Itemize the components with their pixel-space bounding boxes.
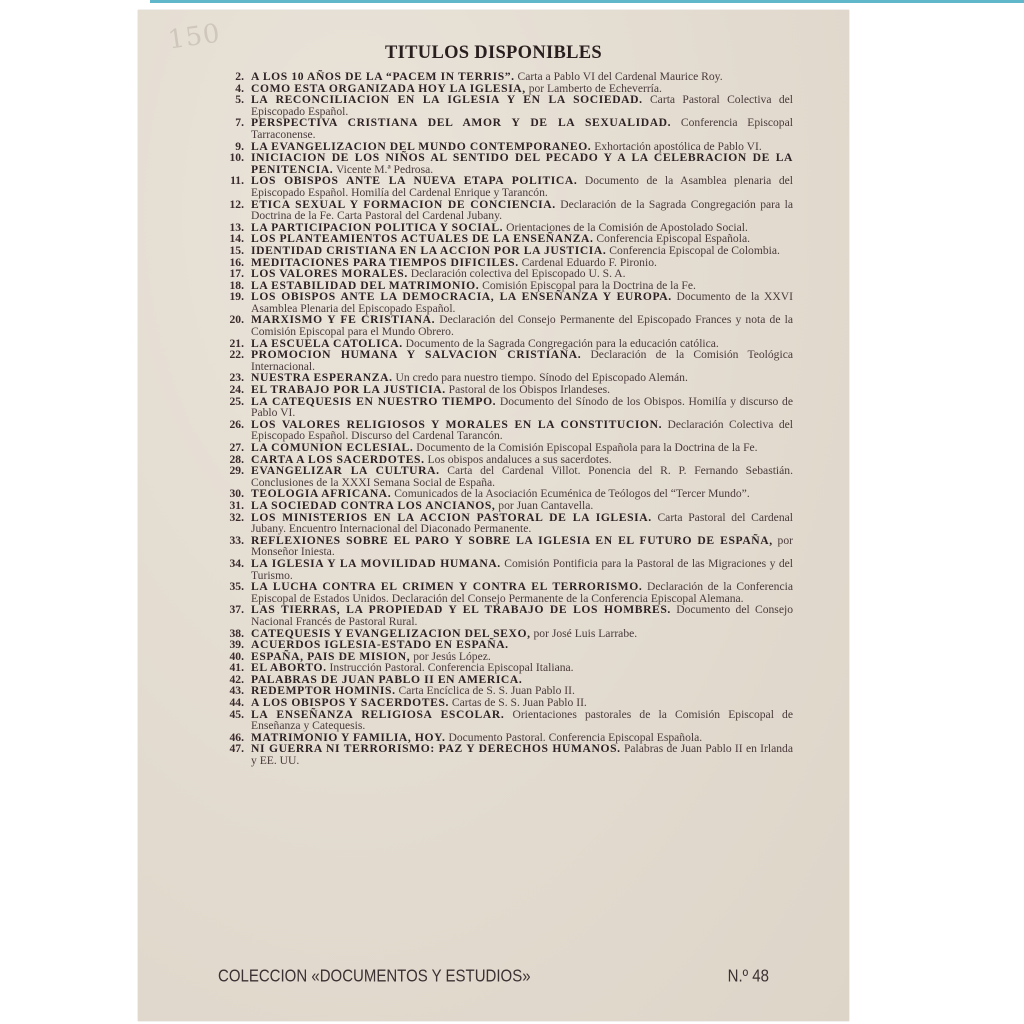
list-item: 34.LA IGLESIA Y LA MOVILIDAD HUMANA. Com… [216, 558, 793, 581]
item-text: LAS TIERRAS, LA PROPIEDAD Y EL TRABAJO D… [251, 604, 793, 627]
list-item: 26.LOS VALORES RELIGIOSOS Y MORALES EN L… [216, 419, 793, 442]
item-number: 29. [216, 465, 251, 477]
item-number: 20. [216, 314, 251, 326]
list-item: 32.LOS MINISTERIOS EN LA ACCION PASTORAL… [216, 512, 793, 535]
item-number: 26. [216, 419, 251, 431]
list-item: 37.LAS TIERRAS, LA PROPIEDAD Y EL TRABAJ… [216, 604, 793, 627]
item-number: 7. [216, 117, 251, 129]
list-item: 19.LOS OBISPOS ANTE LA DEMOCRACIA, LA EN… [216, 291, 793, 314]
titles-list: 2.A LOS 10 AÑOS DE LA “PACEM IN TERRIS”.… [216, 71, 793, 767]
item-number: 11. [216, 175, 251, 187]
list-item: 20.MARXISMO Y FE CRISTIANA. Declaración … [216, 314, 793, 337]
item-text: LOS OBISPOS ANTE LA NUEVA ETAPA POLITICA… [251, 175, 793, 198]
list-item: 22.PROMOCION HUMANA Y SALVACION CRISTIAN… [216, 349, 793, 372]
document-page: 150 TITULOS DISPONIBLES 2.A LOS 10 AÑOS … [138, 10, 849, 1021]
list-item: 5.LA RECONCILIACION EN LA IGLESIA Y EN L… [216, 94, 793, 117]
item-number: 12. [216, 199, 251, 211]
item-number: 17. [216, 268, 251, 280]
item-number: 35. [216, 581, 251, 593]
list-item: 29.EVANGELIZAR LA CULTURA. Carta del Car… [216, 465, 793, 488]
item-text: LA IGLESIA Y LA MOVILIDAD HUMANA. Comisi… [251, 558, 793, 581]
item-text: REFLEXIONES SOBRE EL PARO Y SOBRE LA IGL… [251, 535, 793, 558]
item-description: por José Luis Larrabe. [534, 627, 638, 640]
list-item: 11.LOS OBISPOS ANTE LA NUEVA ETAPA POLIT… [216, 175, 793, 198]
item-heading: INICIACION DE LOS NIÑOS AL SENTIDO DEL P… [251, 151, 793, 176]
item-number: 33. [216, 535, 251, 547]
footer: COLECCION «DOCUMENTOS Y ESTUDIOS» N.º 48 [218, 967, 769, 987]
item-text: PROMOCION HUMANA Y SALVACION CRISTIANA. … [251, 349, 793, 372]
list-item: 10.INICIACION DE LOS NIÑOS AL SENTIDO DE… [216, 152, 793, 175]
item-text: LA LUCHA CONTRA EL CRIMEN Y CONTRA EL TE… [251, 581, 793, 604]
item-number: 5. [216, 94, 251, 106]
item-text: EVANGELIZAR LA CULTURA. Carta del Carden… [251, 465, 793, 488]
item-number: 45. [216, 709, 251, 721]
list-item: 7.PERSPECTIVA CRISTIANA DEL AMOR Y DE LA… [216, 117, 793, 140]
item-text: NI GUERRA NI TERRORISMO: PAZ Y DERECHOS … [251, 743, 793, 766]
item-number: 22. [216, 349, 251, 361]
item-number: 19. [216, 291, 251, 303]
list-item: 33.REFLEXIONES SOBRE EL PARO Y SOBRE LA … [216, 535, 793, 558]
item-number: 4. [216, 83, 251, 95]
list-item: 35.LA LUCHA CONTRA EL CRIMEN Y CONTRA EL… [216, 581, 793, 604]
item-number: 27. [216, 442, 251, 454]
list-item: 25.LA CATEQUESIS EN NUESTRO TIEMPO. Docu… [216, 396, 793, 419]
item-text: MARXISMO Y FE CRISTIANA. Declaración del… [251, 314, 793, 337]
page-title: TITULOS DISPONIBLES [138, 43, 849, 64]
item-text: LOS VALORES RELIGIOSOS Y MORALES EN LA C… [251, 419, 793, 442]
list-item: 12.ETICA SEXUAL Y FORMACION DE CONCIENCI… [216, 199, 793, 222]
item-number: 37. [216, 604, 251, 616]
item-text: INICIACION DE LOS NIÑOS AL SENTIDO DEL P… [251, 152, 793, 175]
item-number: 44. [216, 697, 251, 709]
item-heading: NI GUERRA NI TERRORISMO: PAZ Y DERECHOS … [251, 742, 621, 755]
list-item: 45.LA ENSEÑANZA RELIGIOSA ESCOLAR. Orien… [216, 709, 793, 732]
item-number: 32. [216, 512, 251, 524]
item-text: LOS MINISTERIOS EN LA ACCION PASTORAL DE… [251, 512, 793, 535]
item-number: 15. [216, 245, 251, 257]
item-number: 10. [216, 152, 251, 164]
item-number: 39. [216, 639, 251, 651]
item-number: 34. [216, 558, 251, 570]
blue-edge-strip [150, 0, 1024, 3]
item-text: LA CATEQUESIS EN NUESTRO TIEMPO. Documen… [251, 396, 793, 419]
item-text: LOS OBISPOS ANTE LA DEMOCRACIA, LA ENSEÑ… [251, 291, 793, 314]
item-number: 25. [216, 396, 251, 408]
item-number: 24. [216, 384, 251, 396]
item-text: LA RECONCILIACION EN LA IGLESIA Y EN LA … [251, 94, 793, 117]
item-text: ETICA SEXUAL Y FORMACION DE CONCIENCIA. … [251, 199, 793, 222]
item-text: PERSPECTIVA CRISTIANA DEL AMOR Y DE LA S… [251, 117, 793, 140]
collection-name: COLECCION «DOCUMENTOS Y ESTUDIOS» [218, 967, 531, 987]
item-number: 47. [216, 743, 251, 755]
item-text: LA ENSEÑANZA RELIGIOSA ESCOLAR. Orientac… [251, 709, 793, 732]
list-item: 47.NI GUERRA NI TERRORISMO: PAZ Y DERECH… [216, 743, 793, 766]
item-number: 2. [216, 71, 251, 83]
issue-number: N.º 48 [728, 967, 769, 987]
item-number: 31. [216, 500, 251, 512]
